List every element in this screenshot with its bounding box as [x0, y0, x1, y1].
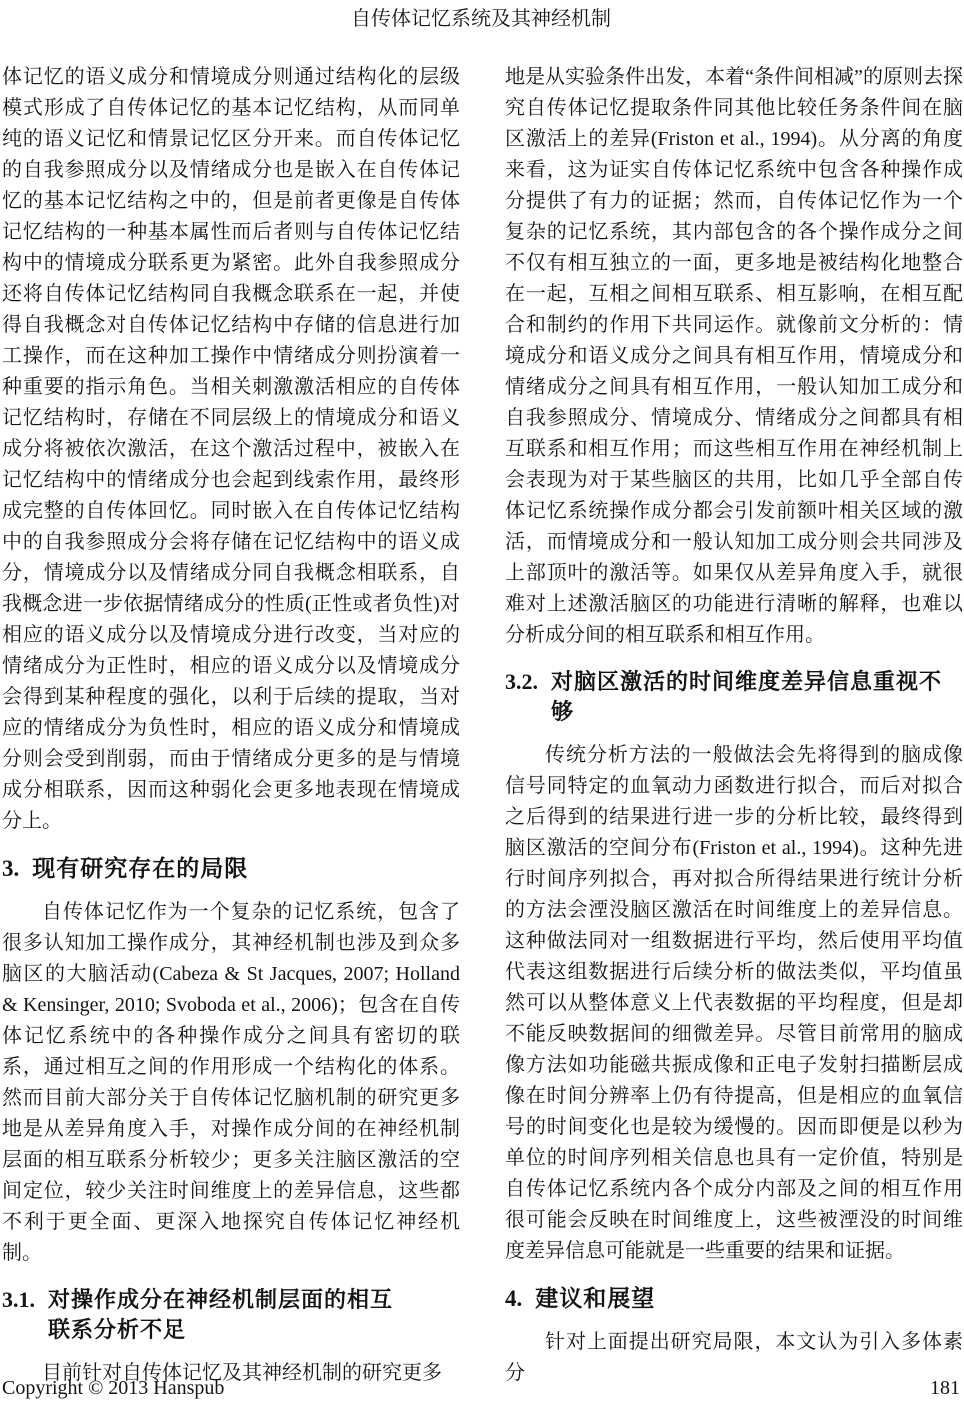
paper-title: 自传体记忆系统及其神经机制 — [351, 8, 611, 30]
section-4-heading: 4. 建议和展望 — [505, 1283, 963, 1314]
section-3-2-heading: 3.2. 对脑区激活的时间维度差异信息重视不够 — [505, 667, 963, 727]
section-3-number: 3. — [2, 854, 19, 884]
section-3-paragraph: 自传体记忆作为一个复杂的记忆系统，包含了很多认知加工操作成分，其神经机制也涉及到… — [2, 897, 460, 1269]
section-3-title: 现有研究存在的局限 — [32, 853, 248, 883]
section-3-1-title: 对操作成分在神经机制层面的相互联系分析不足 — [48, 1285, 396, 1345]
section-3-2-paragraph: 传统分析方法的一般做法会先将得到的脑成像信号同特定的血氧动力函数进行拟合，而后对… — [505, 740, 963, 1267]
page-footer: Copyright © 2013 Hanspub 181 — [2, 1376, 960, 1400]
section-3-2-number: 3.2. — [505, 667, 538, 697]
right-column: 地是从实验条件出发，本着“条件间相减”的原则去探究自传体记忆提取条件同其他比较任… — [505, 62, 963, 1389]
left-column: 体记忆的语义成分和情境成分则通过结构化的层级模式形成了自传体记忆的基本记忆结构，… — [2, 62, 460, 1389]
section-4-number: 4. — [505, 1284, 522, 1314]
running-head: 自传体记忆系统及其神经机制 — [2, 6, 960, 32]
section-3-heading: 3. 现有研究存在的局限 — [2, 853, 460, 884]
section-3-2-title: 对脑区激活的时间维度差异信息重视不够 — [551, 667, 963, 727]
right-continuation-paragraph: 地是从实验条件出发，本着“条件间相减”的原则去探究自传体记忆提取条件同其他比较任… — [505, 62, 963, 651]
left-continuation-paragraph: 体记忆的语义成分和情境成分则通过结构化的层级模式形成了自传体记忆的基本记忆结构，… — [2, 62, 460, 837]
paper-page: 自传体记忆系统及其神经机制 体记忆的语义成分和情境成分则通过结构化的层级模式形成… — [0, 0, 964, 1414]
section-3-1-number: 3.1. — [2, 1285, 35, 1315]
two-column-body: 体记忆的语义成分和情境成分则通过结构化的层级模式形成了自传体记忆的基本记忆结构，… — [2, 62, 960, 1389]
section-3-1-heading: 3.1. 对操作成分在神经机制层面的相互联系分析不足 — [2, 1285, 460, 1345]
page-number: 181 — [930, 1376, 960, 1400]
copyright-text: Copyright © 2013 Hanspub — [2, 1376, 224, 1400]
section-4-title: 建议和展望 — [535, 1283, 655, 1313]
